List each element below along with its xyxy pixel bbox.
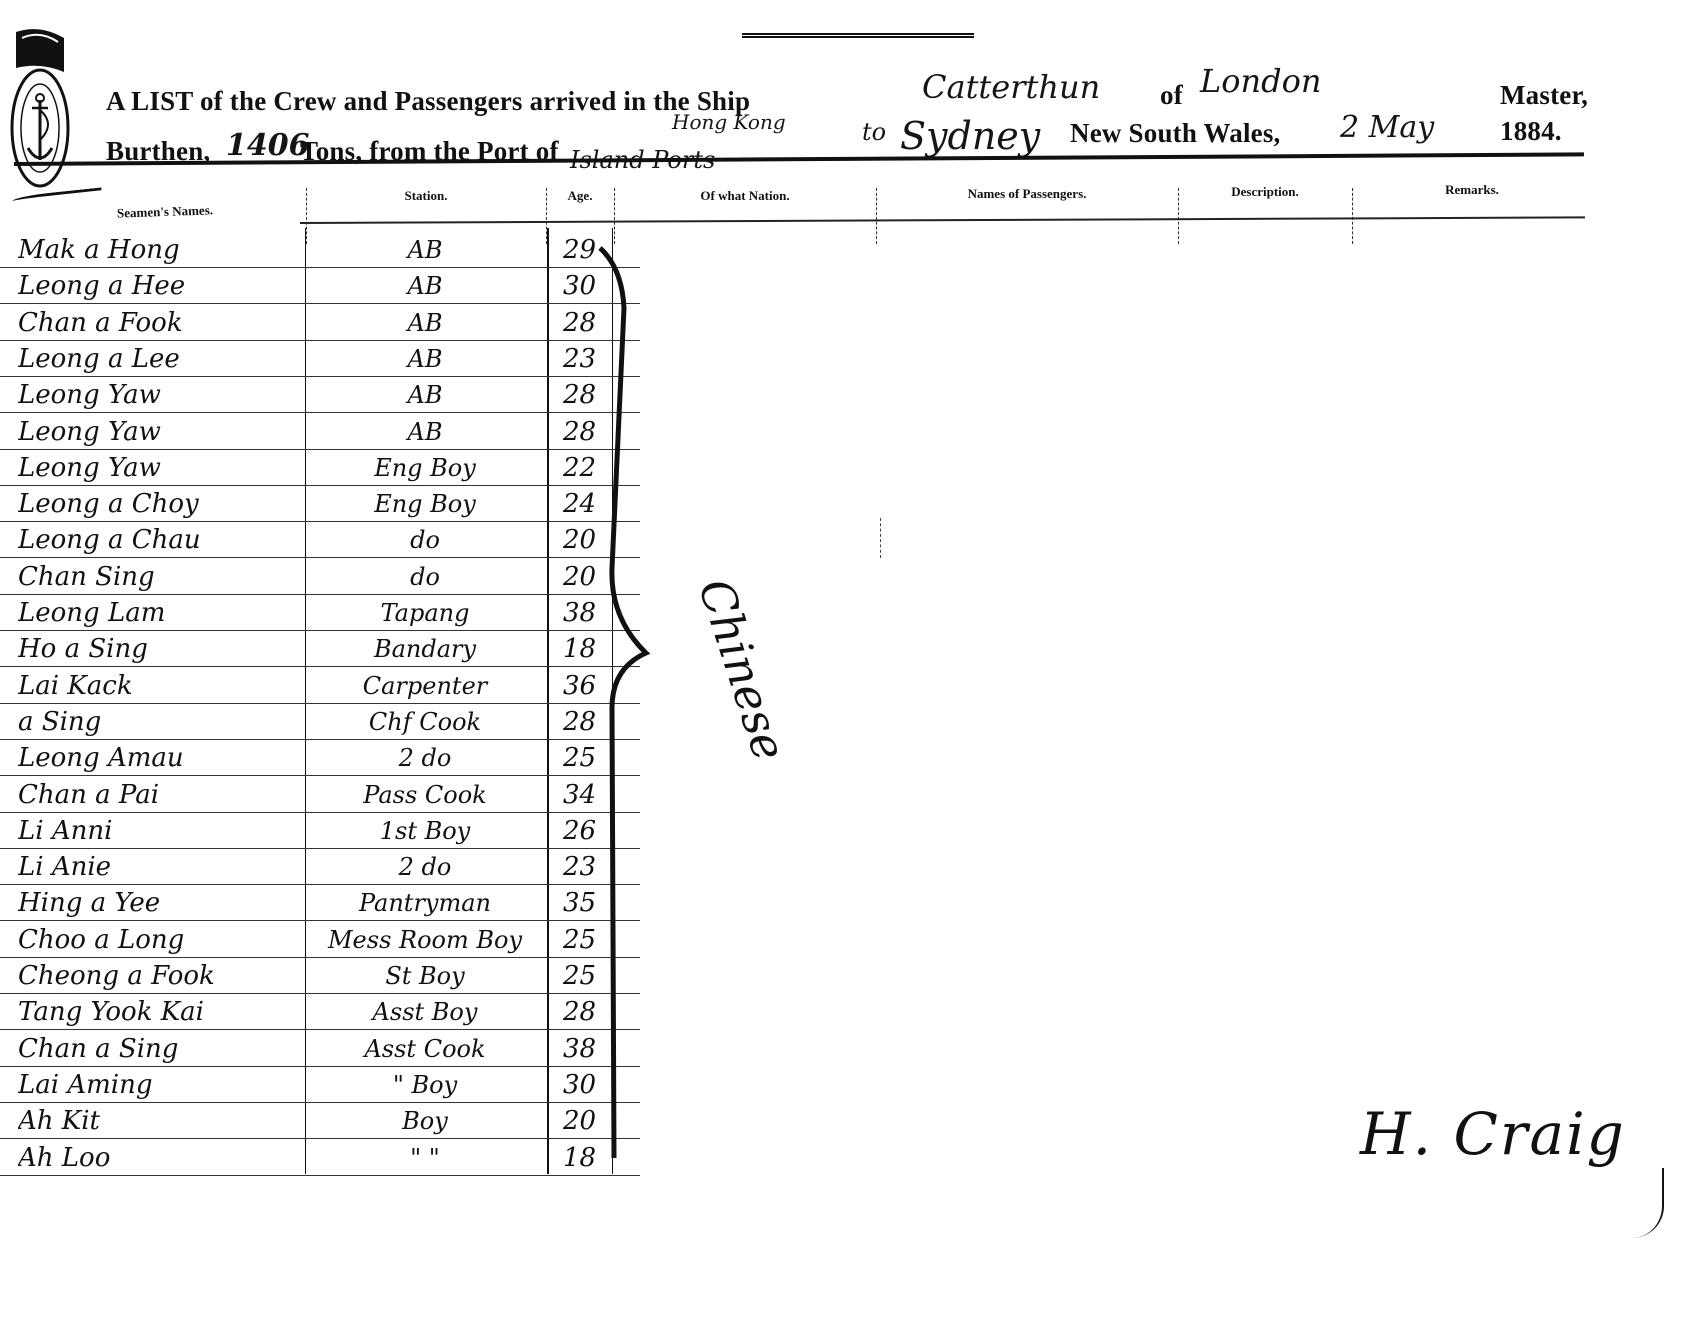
from-port-field: Hong Kong	[672, 110, 786, 134]
table-row: a SingChf Cook28	[0, 704, 660, 740]
station-cell: do	[310, 524, 540, 556]
seaman-name-cell: Li Anie	[18, 851, 303, 883]
table-row: Leong a HeeAB30	[0, 268, 660, 304]
table-row: Leong a ChoyEng Boy24	[0, 486, 660, 522]
table-row: Leong YawAB28	[0, 377, 660, 413]
station-cell: AB	[310, 343, 540, 375]
crew-passenger-list-document: A LIST of the Crew and Passengers arrive…	[0, 0, 1700, 1328]
seaman-name-cell: Ah Loo	[18, 1142, 303, 1174]
station-cell: Mess Room Boy	[310, 924, 540, 956]
colony-label: New South Wales,	[1070, 118, 1281, 149]
station-cell: AB	[310, 234, 540, 266]
seaman-name-cell: Chan a Fook	[18, 307, 303, 339]
table-row: Li Anni1st Boy26	[0, 813, 660, 849]
station-cell: do	[310, 561, 540, 593]
seaman-name-cell: Leong Amau	[18, 742, 303, 774]
station-cell: " "	[310, 1142, 540, 1174]
table-row: Chan a PaiPass Cook34	[0, 777, 660, 813]
destination-field: Sydney	[900, 114, 1040, 158]
table-row: Cheong a FookSt Boy25	[0, 958, 660, 994]
seaman-name-cell: Chan a Pai	[18, 779, 303, 811]
seaman-name-cell: Leong a Chau	[18, 524, 303, 556]
title-text: of the Crew and Passengers arrived in th…	[193, 86, 750, 116]
column-header-remarks: Remarks.	[1352, 182, 1592, 198]
table-row: Chan a SingAsst Cook38	[0, 1031, 660, 1067]
seaman-name-cell: a Sing	[18, 706, 303, 738]
seaman-name-cell: Cheong a Fook	[18, 960, 303, 992]
table-row: Leong LamTapang38	[0, 595, 660, 631]
seaman-name-cell: Lai Kack	[18, 670, 303, 702]
seaman-name-cell: Leong Yaw	[18, 379, 303, 411]
seaman-name-cell: Lai Aming	[18, 1069, 303, 1101]
station-cell: 2 do	[310, 742, 540, 774]
nation-brace	[592, 238, 652, 1168]
station-cell: Chf Cook	[310, 706, 540, 738]
seaman-name-cell: Leong Yaw	[18, 452, 303, 484]
seaman-name-cell: Chan a Sing	[18, 1033, 303, 1065]
table-row: Choo a LongMess Room Boy25	[0, 922, 660, 958]
year-label: 1884.	[1500, 116, 1562, 147]
seaman-name-cell: Leong a Hee	[18, 270, 303, 302]
seaman-name-cell: Leong a Choy	[18, 488, 303, 520]
row-rule	[0, 1175, 640, 1176]
station-cell: Boy	[310, 1105, 540, 1137]
table-row: Leong a LeeAB23	[0, 341, 660, 377]
seaman-name-cell: Leong Yaw	[18, 416, 303, 448]
burthen-value-field: 1406	[226, 128, 310, 163]
station-cell: AB	[310, 379, 540, 411]
of-label: of	[1160, 80, 1183, 111]
seaman-name-cell: Mak a Hong	[18, 234, 303, 266]
table-row: Mak a HongAB29	[0, 232, 660, 268]
table-row: Ho a SingBandary18	[0, 631, 660, 667]
seaman-name-cell: Chan Sing	[18, 561, 303, 593]
station-cell: " Boy	[310, 1069, 540, 1101]
station-cell: St Boy	[310, 960, 540, 992]
nation-value-handwritten: Chinese	[690, 580, 800, 850]
station-cell: Asst Cook	[310, 1033, 540, 1065]
station-cell: AB	[310, 307, 540, 339]
table-row: Chan Singdo20	[0, 559, 660, 595]
signature: H. Craig	[1360, 1100, 1626, 1168]
table-row: Hing a YeePantryman35	[0, 885, 660, 921]
table-row: Li Anie2 do23	[0, 849, 660, 885]
station-cell: 1st Boy	[310, 815, 540, 847]
station-cell: 2 do	[310, 851, 540, 883]
customs-seal-emblem	[8, 28, 72, 192]
table-row: Tang Yook KaiAsst Boy28	[0, 994, 660, 1030]
title-line-1: A LIST of the Crew and Passengers arrive…	[106, 86, 750, 117]
column-header-station: Station.	[306, 188, 546, 204]
station-cell: Bandary	[310, 633, 540, 665]
station-cell: Pantryman	[310, 887, 540, 919]
ship-name-field: Catterthun	[922, 68, 1100, 106]
table-row: Leong a Chaudo20	[0, 522, 660, 558]
table-row: Leong YawAB28	[0, 414, 660, 450]
master-label: Master,	[1500, 80, 1588, 111]
seaman-name-cell: Li Anni	[18, 815, 303, 847]
seaman-name-cell: Tang Yook Kai	[18, 996, 303, 1028]
column-header-age: Age.	[546, 188, 614, 204]
column-header-passenger-names: Names of Passengers.	[876, 186, 1178, 202]
date-field: 2 May	[1340, 110, 1434, 145]
station-cell: AB	[310, 270, 540, 302]
column-header-seamen-names: Seamen's Names.	[30, 199, 300, 224]
station-cell: Pass Cook	[310, 779, 540, 811]
station-cell: Asst Boy	[310, 996, 540, 1028]
stray-mark	[880, 518, 882, 558]
table-row: Chan a FookAB28	[0, 305, 660, 341]
seaman-name-cell: Hing a Yee	[18, 887, 303, 919]
to-label: to	[862, 118, 886, 146]
seaman-name-cell: Ho a Sing	[18, 633, 303, 665]
column-header-nation: Of what Nation.	[614, 188, 876, 204]
column-header-description: Description.	[1178, 184, 1352, 200]
station-cell: AB	[310, 416, 540, 448]
nation-value: Chinese	[688, 572, 797, 767]
seaman-name-cell: Leong a Lee	[18, 343, 303, 375]
seaman-name-cell: Choo a Long	[18, 924, 303, 956]
signature-flourish	[1632, 1168, 1664, 1238]
title-prefix: A LIST	[106, 86, 193, 116]
station-cell: Carpenter	[310, 670, 540, 702]
table-row: Leong Amau2 do25	[0, 740, 660, 776]
table-row: Ah KitBoy20	[0, 1103, 660, 1139]
table-row: Leong YawEng Boy22	[0, 450, 660, 486]
seaman-name-cell: Leong Lam	[18, 597, 303, 629]
seaman-name-cell: Ah Kit	[18, 1105, 303, 1137]
station-cell: Eng Boy	[310, 488, 540, 520]
table-row: Lai KackCarpenter36	[0, 668, 660, 704]
station-cell: Tapang	[310, 597, 540, 629]
table-row: Ah Loo" "18	[0, 1140, 660, 1176]
table-row: Lai Aming" Boy30	[0, 1067, 660, 1103]
ship-port-field: London	[1200, 62, 1321, 100]
top-double-rule	[742, 33, 974, 38]
station-cell: Eng Boy	[310, 452, 540, 484]
